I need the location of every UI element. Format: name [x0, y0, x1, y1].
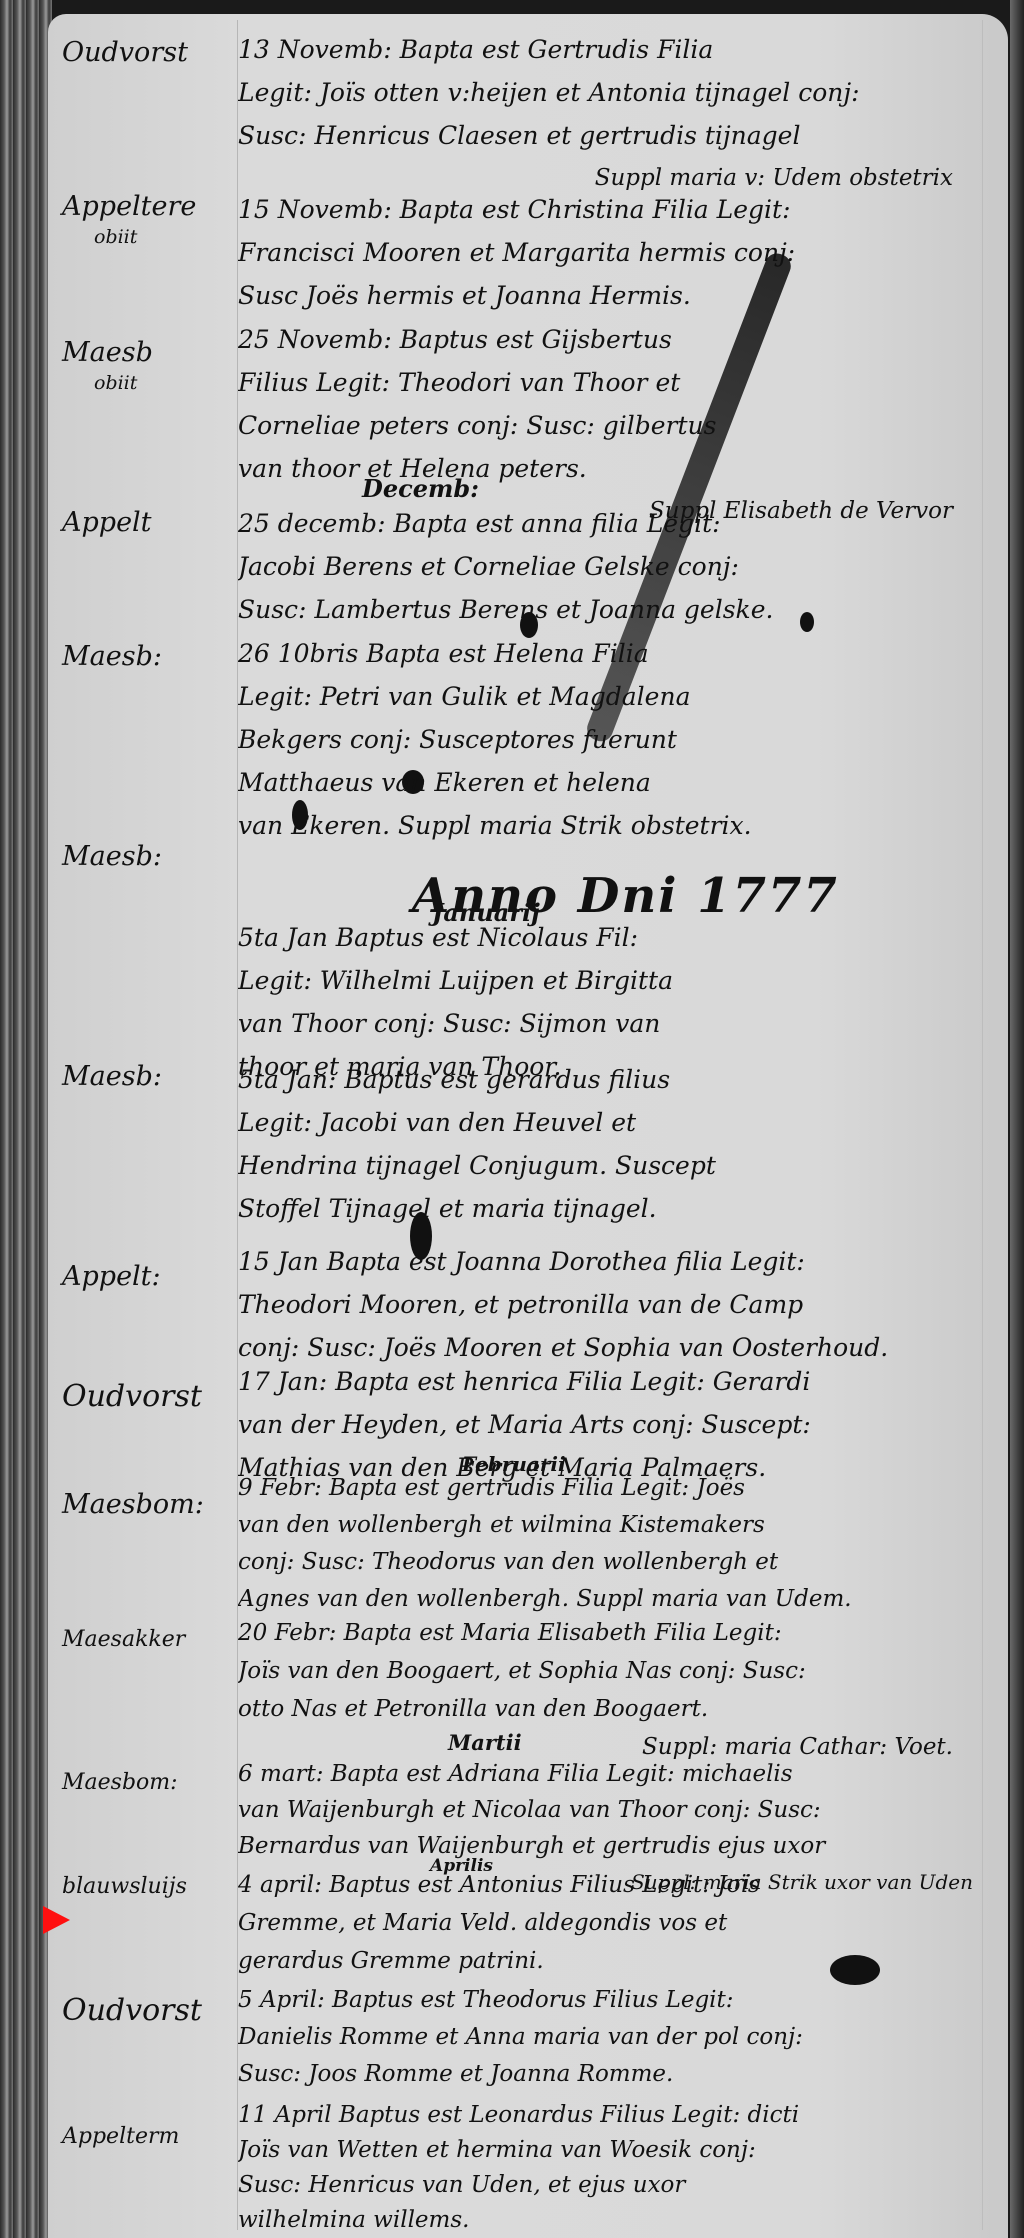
entry-line: Gremme, et Maria Veld. aldegondis vos et [238, 1904, 973, 1942]
entry-line: Joïs van den Boogaert, et Sophia Nas con… [238, 1652, 973, 1690]
entry-line: 20 Febr: Bapta est Maria Elisabeth Filia… [238, 1614, 973, 1652]
entry-line: Susc: Henricus van Uden, et ejus uxor [238, 2168, 973, 2203]
entry-line: 6 mart: Bapta est Adriana Filia Legit: m… [238, 1756, 973, 1792]
obiit-note: obiit [62, 222, 237, 252]
register-entry: 9 Febr: Bapta est gertrudis Filia Legit:… [238, 1470, 973, 1618]
entry-place: Appelt: [62, 1262, 237, 1292]
entry-place: Appelt [62, 508, 237, 538]
entry-line: 25 decemb: Bapta est anna filia Legit: [238, 502, 973, 545]
book-binding [0, 0, 52, 2238]
entry-line: Danielis Romme et Anna maria van der pol… [238, 2019, 973, 2056]
entry-place: Oudvorst [62, 1382, 237, 1412]
entry-place: Maesbom: [62, 1490, 237, 1520]
entry-place: Maesakker [62, 1625, 237, 1655]
entry-line: 5ta Jan Baptus est Nicolaus Fil: [238, 916, 973, 959]
entry-line: Legit: Joïs otten v:heijen et Antonia ti… [238, 71, 973, 114]
register-entry: 15 Jan Bapta est Joanna Dorothea filia L… [238, 1240, 973, 1369]
entry-line: wilhelmina willems. [238, 2203, 973, 2238]
entry-line: van thoor et Helena peters. [238, 447, 973, 490]
entry-line: van Thoor conj: Susc: Sijmon van [238, 1002, 973, 1045]
entry-line: Bekgers conj: Susceptores fuerunt [238, 718, 973, 761]
month-heading: Decemb: [362, 474, 479, 503]
entry-place: Maesb obiit [62, 338, 237, 398]
entry-line: van Waijenburgh et Nicolaa van Thoor con… [238, 1792, 973, 1828]
register-entry: 25 decemb: Bapta est anna filia Legit: J… [238, 502, 973, 631]
entry-line: 15 Jan Bapta est Joanna Dorothea filia L… [238, 1240, 973, 1283]
entry-line: Francisci Mooren et Margarita hermis con… [238, 231, 973, 274]
entry-place: Oudvorst [62, 1996, 237, 2026]
register-entry: 4 april: Baptus est Antonius Filius Legi… [238, 1866, 973, 1980]
entry-line: Susc: Joos Romme et Joanna Romme. [238, 2056, 973, 2093]
obiit-note: obiit [62, 368, 237, 398]
entry-line: otto Nas et Petronilla van den Boogaert. [238, 1690, 973, 1728]
entry-line: van Ekeren. Suppl maria Strik obstetrix. [238, 804, 973, 847]
entry-line: Susc: Henricus Claesen et gertrudis tijn… [238, 114, 973, 157]
register-entry: 15 Novemb: Bapta est Christina Filia Leg… [238, 188, 973, 317]
entry-line: Corneliae peters conj: Susc: gilbertus [238, 404, 973, 447]
entry-line: van der Heyden, et Maria Arts conj: Susc… [238, 1403, 973, 1446]
entry-place: Maesb: [62, 842, 237, 872]
entry-line: Joïs van Wetten et hermina van Woesik co… [238, 2133, 973, 2168]
entry-line: 4 april: Baptus est Antonius Filius Legi… [238, 1866, 973, 1904]
entry-line: Susc: Lambertus Berens et Joanna gelske. [238, 588, 973, 631]
entry-line: Legit: Jacobi van den Heuvel et [238, 1101, 973, 1144]
red-pointer-marker [43, 1906, 70, 1934]
entry-place: Oudvorst [62, 38, 237, 68]
entry-line: 5ta Jan: Baptus est gerardus filius [238, 1058, 973, 1101]
register-entry: 11 April Baptus est Leonardus Filius Leg… [238, 2098, 973, 2238]
entry-line: Hendrina tijnagel Conjugum. Suscept [238, 1144, 973, 1187]
register-entry: 5 April: Baptus est Theodorus Filius Leg… [238, 1982, 973, 2093]
page-right-edge [1010, 0, 1024, 2238]
entry-line: Legit: Petri van Gulik et Magdalena [238, 675, 973, 718]
register-entry: 20 Febr: Bapta est Maria Elisabeth Filia… [238, 1614, 973, 1766]
register-entry: 13 Novemb: Bapta est Gertrudis Filia Leg… [238, 28, 973, 200]
month-heading: Martii [448, 1730, 522, 1755]
entry-line: conj: Susc: Theodorus van den wollenberg… [238, 1544, 973, 1581]
entry-line: Agnes van den wollenbergh. Suppl maria v… [238, 1581, 973, 1618]
register-entry: 5ta Jan: Baptus est gerardus filius Legi… [238, 1058, 973, 1230]
entry-line: 25 Novemb: Baptus est Gijsbertus [238, 318, 973, 361]
entry-line: Legit: Wilhelmi Luijpen et Birgitta [238, 959, 973, 1002]
register-entry: 25 Novemb: Baptus est Gijsbertus Filius … [238, 318, 973, 533]
entry-line: 15 Novemb: Bapta est Christina Filia Leg… [238, 188, 973, 231]
entry-line: Matthaeus van Ekeren et helena [238, 761, 973, 804]
entry-place: Maesb: [62, 1062, 237, 1092]
register-entry: 26 10bris Bapta est Helena Filia Legit: … [238, 632, 973, 847]
entry-line: 17 Jan: Bapta est henrica Filia Legit: G… [238, 1360, 973, 1403]
entry-line: 9 Febr: Bapta est gertrudis Filia Legit:… [238, 1470, 973, 1507]
entry-line: Theodori Mooren, et petronilla van de Ca… [238, 1283, 973, 1326]
entry-line: 26 10bris Bapta est Helena Filia [238, 632, 973, 675]
entry-line: 13 Novemb: Bapta est Gertrudis Filia [238, 28, 973, 71]
entry-line: 11 April Baptus est Leonardus Filius Leg… [238, 2098, 973, 2133]
entry-line: Susc Joës hermis et Joanna Hermis. [238, 274, 973, 317]
entry-line: Stoffel Tijnagel et maria tijnagel. [238, 1187, 973, 1230]
entry-place: Maesbom: [62, 1768, 237, 1798]
entry-line: Jacobi Berens et Corneliae Gelske conj: [238, 545, 973, 588]
right-margin-rule [982, 20, 983, 2230]
entry-place: Appeltere obiit [62, 192, 237, 252]
entry-line: Filius Legit: Theodori van Thoor et [238, 361, 973, 404]
entry-line: van den wollenbergh et wilmina Kistemake… [238, 1507, 973, 1544]
entry-place: blauwsluijs [62, 1872, 237, 1902]
entry-line: 5 April: Baptus est Theodorus Filius Leg… [238, 1982, 973, 2019]
entry-place: Appelterm [62, 2122, 237, 2152]
entry-line: Bernardus van Waijenburgh et gertrudis e… [238, 1828, 973, 1864]
entry-place: Maesb: [62, 642, 237, 672]
entry-line: gerardus Gremme patrini. [238, 1942, 973, 1980]
